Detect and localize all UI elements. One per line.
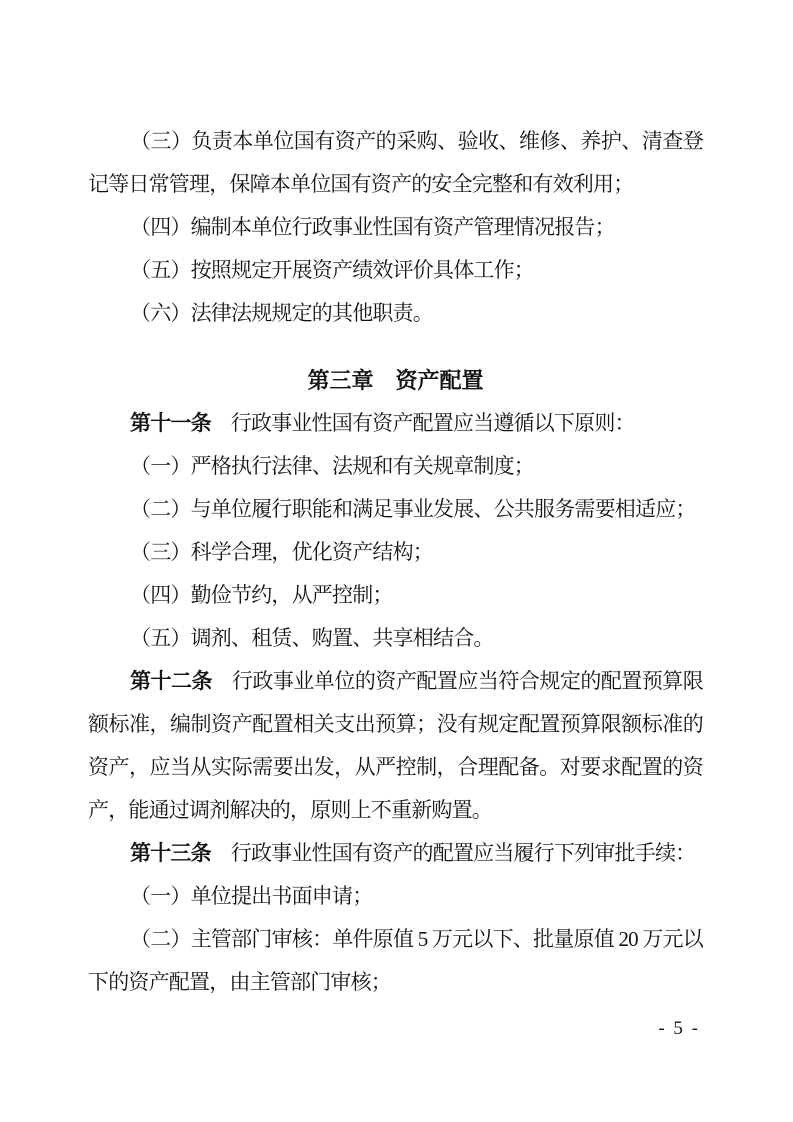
clause-paragraph-5: （五）按照规定开展资产绩效评价具体工作； [88, 249, 703, 292]
item-paragraph-11-1: （一）严格执行法律、法规和有关规章制度； [88, 445, 703, 488]
article-paragraph-11: 第十一条行政事业性国有资产配置应当遵循以下原则： [88, 402, 703, 445]
article-text-13: 行政事业性国有资产的配置应当履行下列审批手续： [231, 841, 696, 865]
clause-paragraph-4: （四）编制本单位行政事业性国有资产管理情况报告； [88, 206, 703, 249]
item-paragraph-13-1: （一）单位提出书面申请； [88, 875, 703, 918]
page-number: - 5 - [658, 1018, 700, 1040]
article-number-13: 第十三条 [130, 841, 211, 865]
article-number-12: 第十二条 [130, 669, 212, 693]
item-paragraph-11-3: （三）科学合理，优化资产结构； [88, 531, 703, 574]
article-paragraph-12: 第十二条行政事业单位的资产配置应当符合规定的配置预算限额标准，编制资产配置相关支… [88, 660, 703, 832]
clause-paragraph-6: （六）法律法规规定的其他职责。 [88, 292, 703, 335]
clause-paragraph-3: （三）负责本单位国有资产的采购、验收、维修、养护、清查登记等日常管理，保障本单位… [88, 120, 703, 206]
document-page: （三）负责本单位国有资产的采购、验收、维修、养护、清查登记等日常管理，保障本单位… [0, 0, 793, 1122]
item-paragraph-13-2: （二）主管部门审核：单件原值 5 万元以下、批量原值 20 万元以下的资产配置，… [88, 918, 703, 1004]
article-paragraph-13: 第十三条行政事业性国有资产的配置应当履行下列审批手续： [88, 832, 703, 875]
article-number-11: 第十一条 [130, 411, 211, 435]
article-text-11: 行政事业性国有资产配置应当遵循以下原则： [231, 411, 635, 435]
item-paragraph-11-4: （四）勤俭节约，从严控制； [88, 574, 703, 617]
document-body: （三）负责本单位国有资产的采购、验收、维修、养护、清查登记等日常管理，保障本单位… [88, 120, 703, 1004]
chapter-heading: 第三章 资产配置 [88, 359, 703, 402]
item-paragraph-11-2: （二）与单位履行职能和满足事业发展、公共服务需要相适应； [88, 488, 703, 531]
item-paragraph-11-5: （五）调剂、租赁、购置、共享相结合。 [88, 617, 703, 660]
